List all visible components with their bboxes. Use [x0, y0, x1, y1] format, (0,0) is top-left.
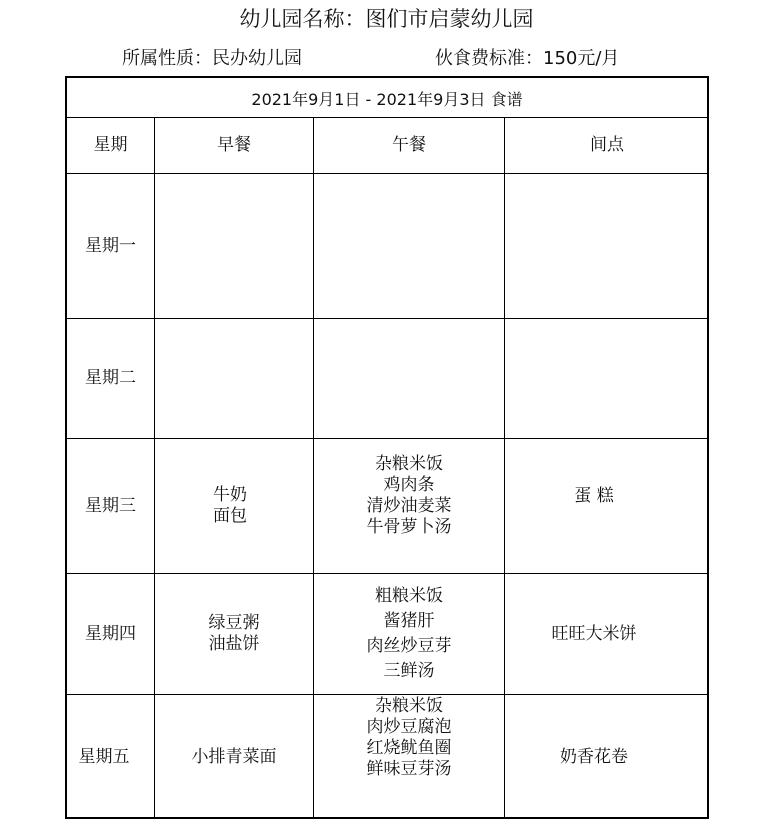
snack-thursday: 旺旺大米饼: [492, 574, 696, 694]
kindergarten-nature: 所属性质：民办幼儿园: [122, 46, 302, 72]
day-wednesday: 星期三: [67, 439, 154, 573]
lunch-monday: [314, 174, 504, 318]
snack-tuesday: [505, 319, 709, 438]
lunch-friday: 杂粮米饭 肉炒豆腐泡 红烧鱿鱼圈 鲜味豆芽汤: [314, 676, 504, 800]
day-thursday: 星期四: [67, 574, 154, 694]
menu-table: 2021年9月1日 - 2021年9月3日 食谱 星期 早餐 午餐 间点 星期一…: [65, 76, 709, 819]
breakfast-thursday: 绿豆粥 油盐饼: [155, 574, 313, 694]
breakfast-wednesday: 牛奶 面包: [155, 439, 305, 573]
col-header-breakfast: 早餐: [155, 118, 313, 173]
day-friday: 星期五: [67, 695, 141, 819]
breakfast-friday: 小排青菜面: [155, 695, 313, 819]
breakfast-monday: [155, 174, 313, 318]
table-caption: 2021年9月1日 - 2021年9月3日 食谱: [67, 78, 707, 118]
col-header-snack: 间点: [505, 118, 709, 173]
snack-friday: 奶香花卷: [492, 695, 696, 819]
col-header-day: 星期: [67, 118, 154, 173]
lunch-wednesday: 杂粮米饭 鸡肉条 清炒油麦菜 牛骨萝卜汤: [314, 429, 504, 563]
snack-monday: [505, 174, 709, 318]
lunch-tuesday: [314, 319, 504, 438]
meal-fee-standard: 伙食费标准：150元/月: [435, 46, 619, 72]
day-tuesday: 星期二: [67, 319, 154, 438]
day-monday: 星期一: [67, 174, 154, 318]
col-header-lunch: 午餐: [314, 118, 504, 173]
breakfast-tuesday: [155, 319, 313, 438]
snack-wednesday: 蛋 糕: [492, 429, 696, 563]
kindergarten-name: 幼儿园名称：图们市启蒙幼儿园: [0, 4, 773, 34]
